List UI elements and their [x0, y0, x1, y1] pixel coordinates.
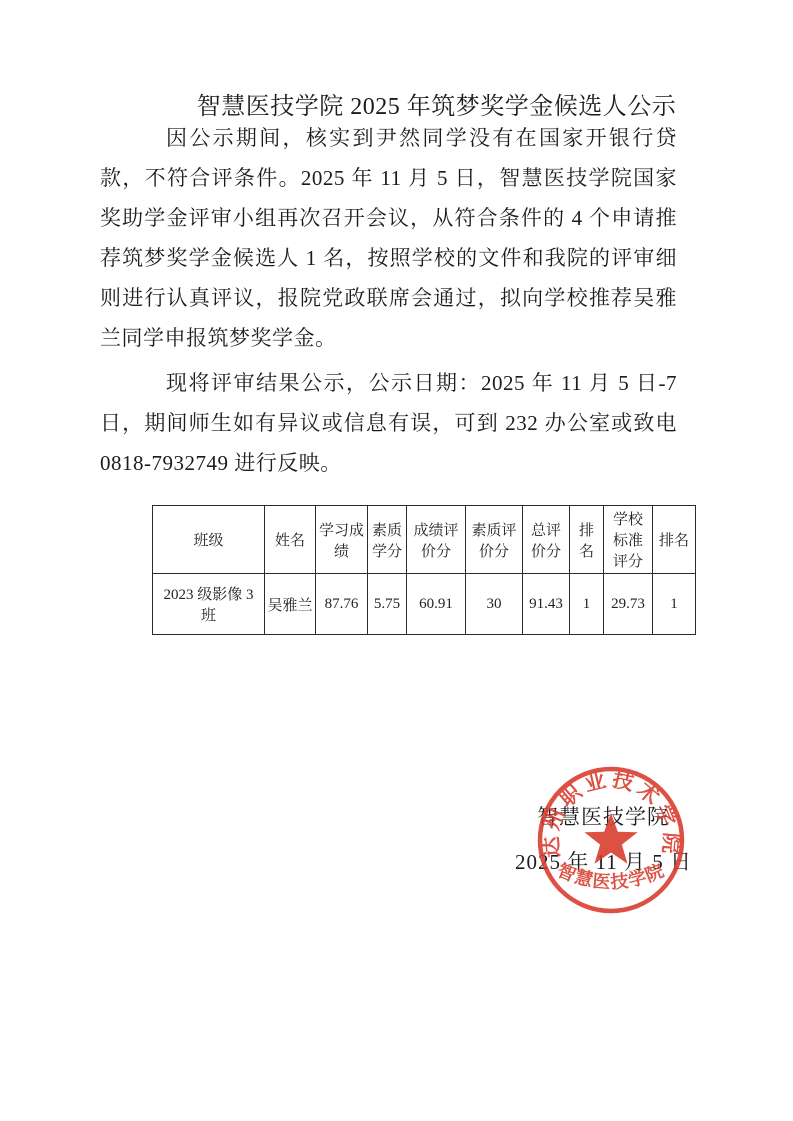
header-total-eval: 总评价分 [523, 506, 570, 574]
paragraph-1: 因公示期间，核实到尹然同学没有在国家开银行贷款，不符合评条件。2025 年 11… [100, 118, 677, 358]
cell-quality-credit: 5.75 [368, 574, 407, 635]
document-page: 智慧医技学院 2025 年筑梦奖学金候选人公示 因公示期间，核实到尹然同学没有在… [0, 0, 793, 1121]
header-rank: 排名 [570, 506, 604, 574]
cell-score-eval: 60.91 [407, 574, 466, 635]
header-quality-eval: 素质评价分 [466, 506, 523, 574]
signature-org: 智慧医技学院 [537, 801, 669, 831]
paragraph-2: 现将评审结果公示，公示日期：2025 年 11 月 5 日-7 日，期间师生如有… [100, 363, 677, 483]
cell-name: 吴雅兰 [265, 574, 316, 635]
signature-date: 2025 年 11 月 5 日 [515, 846, 692, 876]
header-rank-2: 排名 [653, 506, 696, 574]
cell-total-eval: 91.43 [523, 574, 570, 635]
header-school-standard: 学校标准评分 [604, 506, 653, 574]
cell-class: 2023 级影像 3 班 [153, 574, 265, 635]
table-header-row: 班级 姓名 学习成绩 素质学分 成绩评价分 素质评价分 总评价分 排名 学校标准… [153, 506, 696, 574]
cell-school-standard: 29.73 [604, 574, 653, 635]
cell-rank-2: 1 [653, 574, 696, 635]
table-row: 2023 级影像 3 班 吴雅兰 87.76 5.75 60.91 30 91.… [153, 574, 696, 635]
header-class: 班级 [153, 506, 265, 574]
header-study-score: 学习成绩 [316, 506, 368, 574]
score-table: 班级 姓名 学习成绩 素质学分 成绩评价分 素质评价分 总评价分 排名 学校标准… [152, 505, 696, 635]
page-title: 智慧医技学院 2025 年筑梦奖学金候选人公示 [40, 86, 793, 121]
official-seal-stamp: 达州职业技术学院 智慧医技学院 [533, 762, 689, 918]
header-name: 姓名 [265, 506, 316, 574]
body-text: 因公示期间，核实到尹然同学没有在国家开银行贷款，不符合评条件。2025 年 11… [100, 118, 677, 483]
seal-ring [540, 769, 682, 911]
cell-rank: 1 [570, 574, 604, 635]
cell-quality-eval: 30 [466, 574, 523, 635]
cell-study-score: 87.76 [316, 574, 368, 635]
header-quality-credit: 素质学分 [368, 506, 407, 574]
header-score-eval: 成绩评价分 [407, 506, 466, 574]
